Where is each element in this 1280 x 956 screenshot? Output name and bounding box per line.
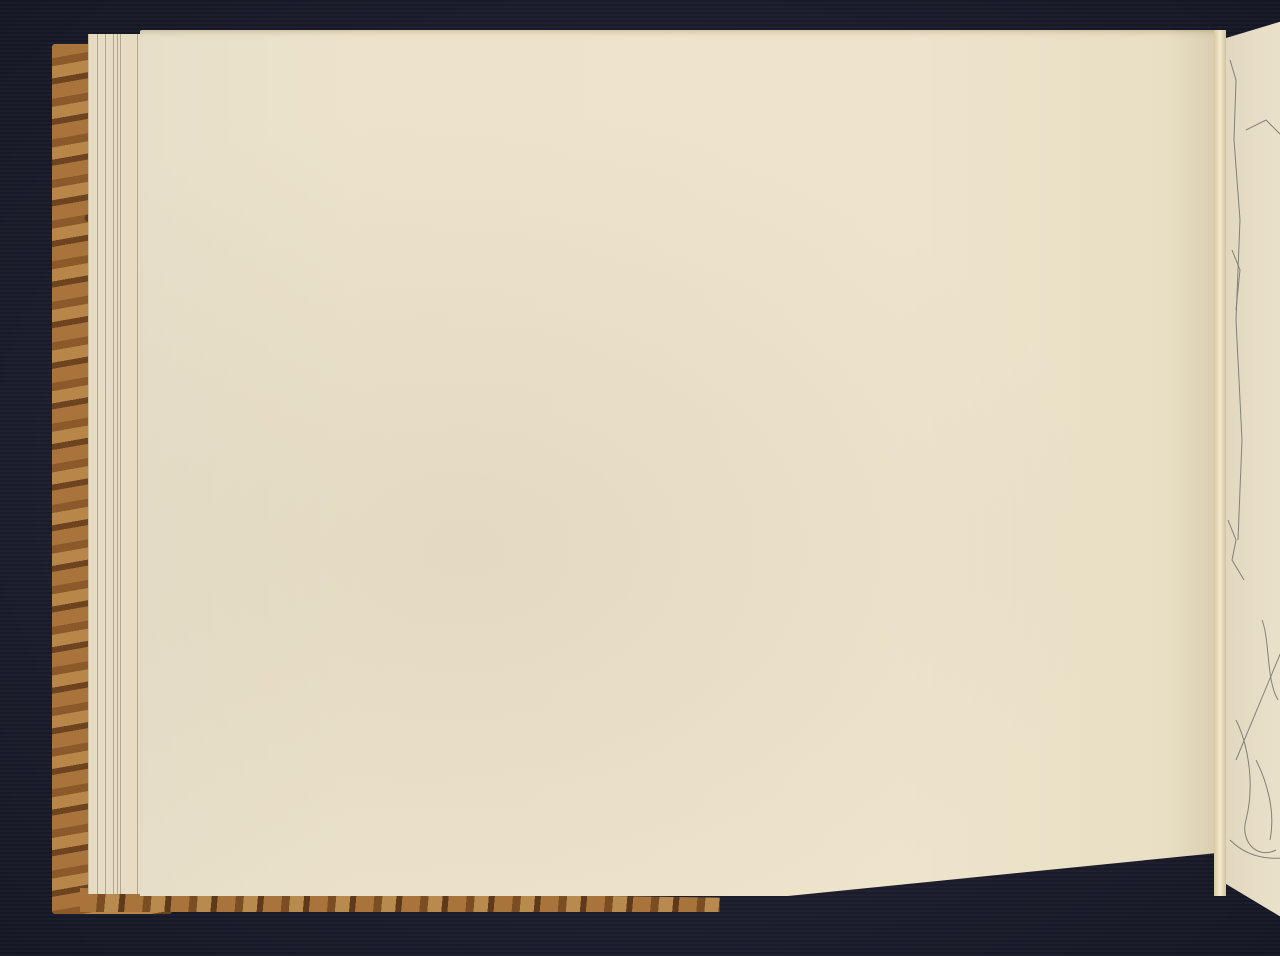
book-gutter <box>1214 30 1226 896</box>
photo-scene <box>0 0 1280 956</box>
leaf-edge <box>105 34 106 894</box>
sketched-right-page <box>1226 20 1280 920</box>
leaf-edge <box>120 34 121 894</box>
leaf-edge <box>117 34 118 894</box>
pencil-sketch-icon <box>1226 20 1280 920</box>
leaf-edge <box>137 34 138 894</box>
leaf-edge <box>97 34 98 894</box>
leaf-edge <box>113 34 114 894</box>
blank-left-page <box>140 30 1220 896</box>
